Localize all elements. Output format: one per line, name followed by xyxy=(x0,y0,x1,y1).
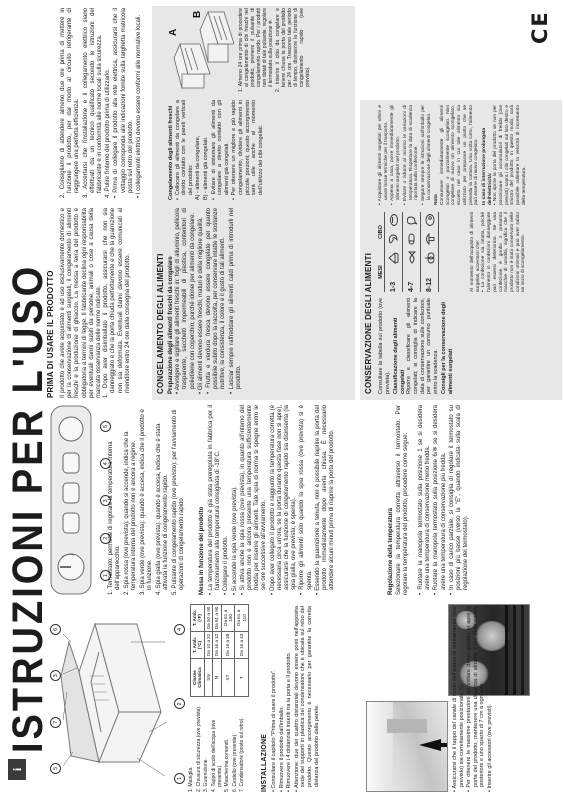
conservazione-consultare: Consultare la tabella sul prodotto (ove … xyxy=(378,298,391,394)
list-item: • Ruotare la manopola termostato sulla p… xyxy=(418,405,432,595)
storage-months: 1-3 xyxy=(390,266,397,292)
prima-col2: 2. Consigliamo di attendere almeno due o… xyxy=(60,8,144,198)
control-panel-legend: 1. Termostato: permette di regolare la t… xyxy=(108,405,188,595)
installazione-bullets-1: • Consultare il capitolo "Prima di usare… xyxy=(271,606,321,792)
freezer-legend: 1. Maniglia.2. Chiusura di sicurezza (ov… xyxy=(188,700,247,792)
installazione-title: INSTALLAZIONE xyxy=(261,734,268,792)
list-item: • Seguire sempre le istruzioni sull'imba… xyxy=(421,105,432,205)
prima-col1: Il prodotto che avete acquistato è ad us… xyxy=(60,208,133,398)
list-item: • Attenzione: due dei quattro distanzial… xyxy=(294,606,320,792)
list-item: 6. Cestello (ove presente). xyxy=(232,700,238,792)
list-item: 3. Spia verde (ove prevista): quando è a… xyxy=(140,405,154,595)
congelamento-freschi-title: Congelamento degli alimenti freschi xyxy=(168,100,175,200)
list-item: • Ruotare la manopola termostato sulla p… xyxy=(433,405,447,595)
table-cell: Da 61 a 110 xyxy=(235,605,249,632)
list-item: 1. Dopo aver disimballato il prodotto, a… xyxy=(103,208,132,398)
freezer-drawing-icon xyxy=(61,606,169,792)
table: Classe ClimaticaT. Amb. (°C)T. Amb. (°F)… xyxy=(190,604,249,697)
list-item: • Per ottenere le massime prestazioni ed… xyxy=(466,606,486,792)
list-item: 1. Termostato: permette di regolare la t… xyxy=(108,405,122,595)
conservazione-col1: Consultare la tabella sul prodotto (ove … xyxy=(378,298,455,394)
table-row: TDa 16 a 43Da 61 a 110 xyxy=(235,605,249,697)
callout-3: 3 xyxy=(50,670,61,681)
list-item: • Gli alimenti devono essere freschi, ma… xyxy=(198,208,205,394)
list-item: • Appena a casa, porre immediatamente gl… xyxy=(390,105,401,205)
interruzione-bullet: • Non aprire la porta del prodotto se no… xyxy=(493,105,527,205)
food-table-row: 8-12 xyxy=(420,212,439,292)
list-item: 1. Almeno 24 ore prima di procedere al c… xyxy=(238,8,274,92)
list-item: • Riporre gli alimenti solo quando la sp… xyxy=(299,405,313,595)
table-header: Classe Climatica xyxy=(191,659,205,697)
prima-title: PRIMA DI USARE IL PRODOTTO xyxy=(46,270,55,398)
mushroom-icon xyxy=(423,232,436,246)
table-cell: N xyxy=(213,659,221,697)
list-item: • Frutta e verdura fresca devono essere … xyxy=(206,208,228,394)
chicken-icon xyxy=(405,213,418,227)
baskets-drawing-icon: A B xyxy=(164,8,234,92)
table-cell: Da 10 a 32 xyxy=(204,631,212,658)
consigli-title: Consigli per la conservazione degli alim… xyxy=(441,298,454,394)
food-storage-table: MESICIBO1-34-78-12 xyxy=(378,212,439,292)
interruzione-title: In caso di interruzione prolungata dell'… xyxy=(482,105,493,205)
list-item: 2. Chiusura di sicurezza (ove prevista). xyxy=(196,700,202,792)
classificazione-text: Riporre e classificare gli alimenti cong… xyxy=(406,298,439,394)
table-header: T. Amb. (°C) xyxy=(191,631,205,658)
page-marker-badge: i xyxy=(8,759,26,780)
list-item: A) - alimenti da congelare, xyxy=(195,100,202,200)
list-item: 4. Spia gialla (ove prevista): quando è … xyxy=(156,405,170,595)
callout-6: 6 xyxy=(50,624,61,635)
fish-icon xyxy=(405,251,418,265)
list-item: • Collocare gli alimenti da congelare a … xyxy=(175,100,195,200)
food-table-header: CIBO xyxy=(378,212,384,252)
food-table-row: 1-3 xyxy=(384,212,402,292)
list-item: • Evitare o ridurre al minimo le variazi… xyxy=(403,105,420,205)
storage-months: 4-7 xyxy=(408,266,415,292)
installazione-bullets-2: • Assicurarsi che il tappo del canale di… xyxy=(452,606,495,792)
list-item: • Acquistare gli alimenti surgelati per … xyxy=(378,105,389,205)
list-item: • Dopo aver collegato il prodotto e ragg… xyxy=(270,405,299,595)
classificazione-title: Classificazione degli alimenti congelati xyxy=(393,298,406,394)
list-item: • Rimuovere i 4 distanziali inseriti tra… xyxy=(286,606,293,792)
freezer-callouts-top: 5736 xyxy=(50,624,61,774)
conservazione-title: CONSERVAZIONE DEGLI ALIMENTI xyxy=(364,253,373,394)
table-cell: Da 61 a 100 xyxy=(221,605,235,632)
list-item: 5. Mascherina comandi. xyxy=(224,700,230,792)
callout-5: 5 xyxy=(50,763,61,774)
congelamento-freschi: Congelamento degli alimenti freschi • Co… xyxy=(168,100,265,200)
table-row: NDa 16 a 32Da 61 a 90 xyxy=(213,605,221,697)
table-cell: Da 16 a 43 xyxy=(235,631,249,658)
acquisto-intro: Al momento dell'acquisto di alimenti sur… xyxy=(470,212,481,292)
list-item: 4. Pulire l'interno del prodotto prima d… xyxy=(105,8,112,198)
prima-items-col1: 1. Dopo aver disimballato il prodotto, a… xyxy=(103,208,132,398)
list-item: 3. Accertarsi che l'installazione e il c… xyxy=(83,8,105,198)
meat-icon xyxy=(423,213,436,227)
freezer-figure: 5736 124 xyxy=(50,606,185,792)
sausage-icon xyxy=(405,232,418,246)
callout-4: 4 xyxy=(174,624,185,635)
conservazione-acquisto: Al momento dell'acquisto di alimenti sur… xyxy=(470,212,527,292)
table-header: T. Amb. (°F) xyxy=(191,605,205,632)
manual-page: i ISTRUZIONI PER L'USO 5736 xyxy=(0,0,564,800)
regolazione-title: Regolazione della temperatura xyxy=(388,405,395,595)
ce-mark: CE xyxy=(528,10,552,44)
baskets-figure: A B xyxy=(164,8,239,92)
climate-class-table: Classe ClimaticaT. Amb. (°C)T. Amb. (°F)… xyxy=(190,604,249,697)
regolazione-intro: Selezionare la temperatura corretta attr… xyxy=(396,405,410,595)
congelamento-prep-title: Preparazione degli alimenti freschi da c… xyxy=(168,208,175,394)
list-item: • Si accende la spia verde (ove prevista… xyxy=(232,405,239,595)
manual-scan: i ISTRUZIONI PER L'USO 5736 xyxy=(0,0,564,800)
congelamento-prep: Preparazione degli alimenti freschi da c… xyxy=(168,208,244,394)
list-item: • I collegamenti elettrici devono essere… xyxy=(136,8,143,198)
control-panel-drawing-icon xyxy=(50,405,92,595)
congelamento-title: CONGELAMENTO DEGLI ALIMENTI xyxy=(156,253,165,394)
list-item: • Si attiva anche la spia rossa (ove pre… xyxy=(240,405,269,595)
messa-bullets: • La temperatura del prodotto è già stat… xyxy=(208,405,337,595)
list-item: 2. Spia rossa (ove prevista): quando si … xyxy=(124,405,138,595)
basket-label-a: A xyxy=(168,29,179,36)
conservazione-right-bullets: • Acquistare gli alimenti surgelati per … xyxy=(378,105,432,205)
conservazione-col3: • Acquistare gli alimenti surgelati per … xyxy=(378,105,528,205)
congelamento-prep-bullets: • Avvolgere e sigillare gli alimenti fre… xyxy=(175,208,243,394)
table-cell: Da 61 a 90 xyxy=(213,605,221,632)
shrimp-icon xyxy=(387,232,400,246)
food-table-header: MESI xyxy=(378,252,384,292)
table-cell: T xyxy=(235,659,249,697)
table-cell: SN xyxy=(204,659,212,697)
list-item: • Assicurarsi che il tappo del canale di… xyxy=(452,606,465,792)
list-item: • Collegare il prodotto. xyxy=(223,405,230,595)
list-item: • Rimuovere il prodotto dall'imballo. xyxy=(279,606,286,792)
list-item: • Consultare il capitolo "Prima di usare… xyxy=(271,606,278,792)
nota-text: Consumare immediatamente gli alimenti sc… xyxy=(440,105,480,205)
list-item: • Essendo la guarnizione a tenuta, non è… xyxy=(315,405,337,595)
pastry-icon xyxy=(387,251,400,265)
basket-label-b: B xyxy=(192,11,203,18)
acquisto-bullet: • La confezione sia intatta, poiché l'al… xyxy=(481,212,527,292)
callout-2: 2 xyxy=(174,699,185,710)
storage-months: 8-12 xyxy=(426,266,433,292)
list-item: • Prima di collegare il prodotto alla re… xyxy=(113,8,135,198)
freezer-callouts-bottom: 124 xyxy=(174,624,185,784)
bread-icon xyxy=(387,213,400,227)
list-item: 7. Condensatore (posto sul retro). xyxy=(239,700,245,792)
berry-icon xyxy=(423,251,436,265)
table-cell: ST xyxy=(221,659,235,697)
list-item: • La temperatura del prodotto è già stat… xyxy=(208,405,222,595)
list-item: 2. Inserire il cibo da congelare e tener… xyxy=(275,8,311,92)
congelamento-steps: 1. Almeno 24 ore prima di procedere al c… xyxy=(238,8,312,92)
callout-1: 1 xyxy=(174,773,185,784)
table-row: SNDa 10 a 32Da 50 a 90 xyxy=(204,605,212,697)
list-item: 1. Maniglia. xyxy=(188,700,194,792)
list-item: • Avvolgere e sigillare gli alimenti fre… xyxy=(175,208,197,394)
list-item: • Inserire gli accessori (ove previsti). xyxy=(487,606,494,792)
list-item: • Lasciar sempre raffreddare gli aliment… xyxy=(229,208,243,394)
list-item: 5. Pulsante di congelamento rapido (ove … xyxy=(172,405,186,595)
table-cell: Da 16 a 38 xyxy=(221,631,235,658)
callout-7: 7 xyxy=(50,717,61,728)
installation-photo-drain xyxy=(366,701,448,792)
list-item: • Per ottenere un migliore e più rapido … xyxy=(231,100,264,200)
messa-title: Messa in funzione del prodotto xyxy=(199,405,206,595)
list-item: 3. Guarnizione. xyxy=(203,700,209,792)
control-panel-figure: 12345 xyxy=(50,405,111,595)
prima-intro: Il prodotto che avete acquistato è ad us… xyxy=(60,208,102,398)
table-cell: Da 16 a 32 xyxy=(213,631,221,658)
table-row: STDa 16 a 38Da 61 a 100 xyxy=(221,605,235,697)
list-item: 4. Tappo di scolo dell'acqua (ove presen… xyxy=(211,700,223,792)
regolazione-bullets: • Ruotare la manopola termostato sulla p… xyxy=(418,405,471,595)
list-item: 2. Consigliamo di attendere almeno due o… xyxy=(60,8,82,198)
list-item: B) - alimenti già congelati. xyxy=(203,100,210,200)
list-item: • Evitare di sistemare gli alimenti da c… xyxy=(211,100,231,200)
table-cell: Da 50 a 90 xyxy=(204,605,212,632)
list-item: • In caso di carico parziale, si consigl… xyxy=(449,405,471,595)
congelamento-freschi-bullets: • Collocare gli alimenti da congelare a … xyxy=(175,100,265,200)
food-table-row: 4-7 xyxy=(402,212,420,292)
